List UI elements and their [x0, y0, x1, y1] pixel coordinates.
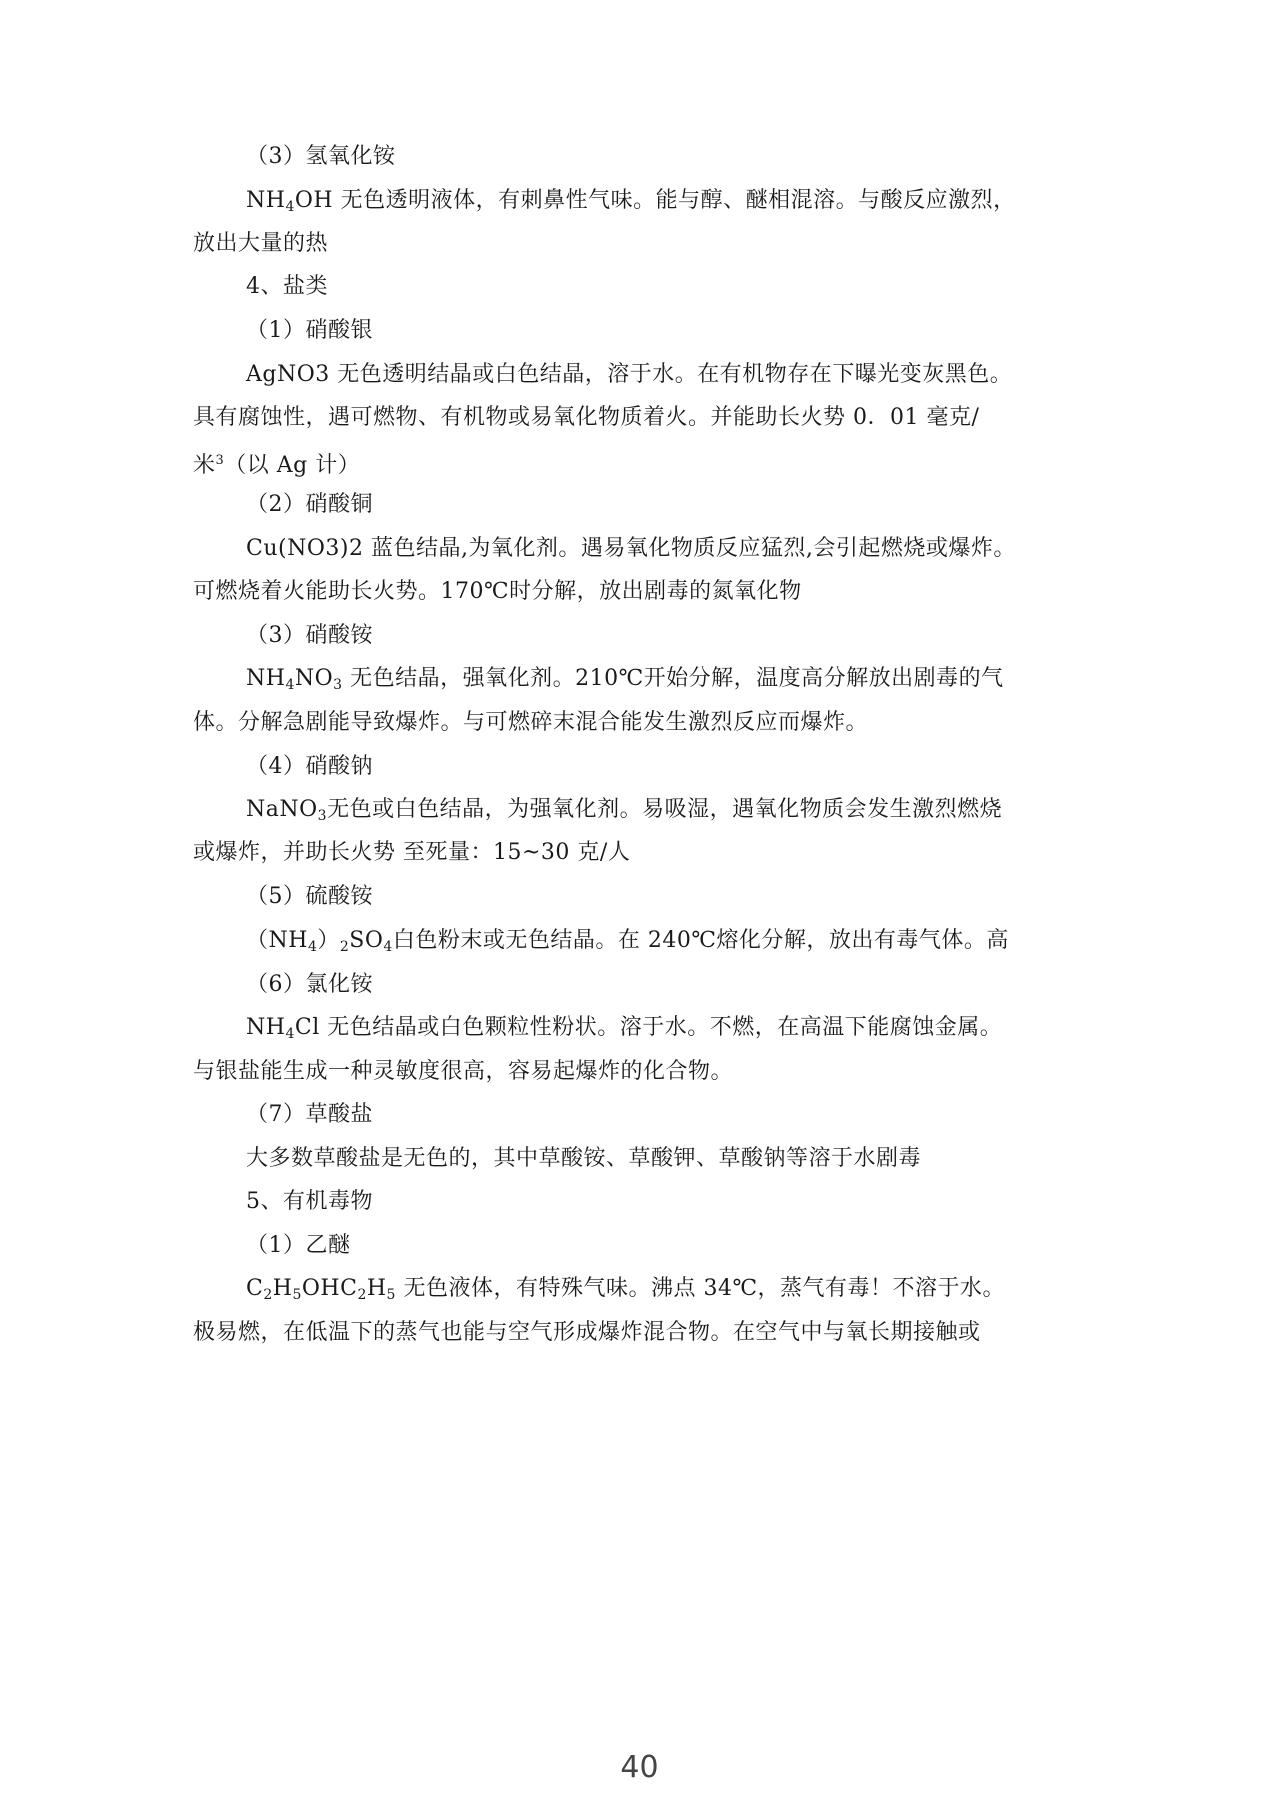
- paragraph-sodium-nitrate-line2: 或爆炸，并助长火势 至死量：15~30 克/人: [193, 838, 630, 868]
- paragraph-silver-nitrate-line3: 米3（以 Ag 计）: [193, 446, 360, 481]
- paragraph-ammonium-chloride-line2: 与银盐能生成一种灵敏度很高，容易起爆炸的化合物。: [193, 1057, 733, 1087]
- subheading-silver-nitrate: （1）硝酸银: [246, 316, 373, 346]
- section-heading-organic-poisons: 5、有机毒物: [246, 1187, 373, 1217]
- paragraph-diethyl-ether-line1: C2H5OHC2H5 无色液体，有特殊气味。沸点 34℃，蒸气有毒！不溶于水。: [246, 1274, 1005, 1310]
- paragraph-oxalates: 大多数草酸盐是无色的，其中草酸铵、草酸钾、草酸钠等溶于水剧毒: [246, 1144, 921, 1174]
- subheading-diethyl-ether: （1）乙醚: [246, 1231, 351, 1261]
- paragraph-silver-nitrate-line1: AgNO3 无色透明结晶或白色结晶，溶于水。在有机物存在下曝光变灰黑色。: [246, 360, 1012, 390]
- paragraph-ammonium-nitrate-line1: NH4NO3 无色结晶，强氧化剂。210℃开始分解，温度高分解放出剧毒的气: [246, 664, 1004, 700]
- subheading-ammonium-chloride: （6）氯化铵: [246, 970, 373, 1000]
- document-page: （3）氢氧化铵 NH4OH 无色透明液体，有刺鼻性气味。能与醇、醚相混溶。与酸反…: [0, 0, 1279, 1809]
- paragraph-sodium-nitrate-line1: NaNO3无色或白色结晶，为强氧化剂。易吸湿，遇氧化物质会发生激烈燃烧: [246, 795, 1002, 831]
- subheading-ammonium-hydroxide: （3）氢氧化铵: [246, 142, 396, 172]
- subheading-oxalates: （7）草酸盐: [246, 1100, 373, 1130]
- section-heading-salts: 4、盐类: [246, 272, 328, 302]
- paragraph-ammonium-chloride-line1: NH4Cl 无色结晶或白色颗粒性粉状。溶于水。不燃，在高温下能腐蚀金属。: [246, 1013, 1002, 1049]
- page-number: 40: [0, 1750, 1279, 1785]
- subheading-ammonium-sulfate: （5）硫酸铵: [246, 882, 373, 912]
- paragraph-silver-nitrate-line2: 具有腐蚀性，遇可燃物、有机物或易氧化物质着火。并能助长火势 0．01 毫克/: [193, 403, 979, 433]
- paragraph-copper-nitrate-line1: Cu(NO3)2 蓝色结晶,为氧化剂。遇易氧化物质反应猛烈,会引起燃烧或爆炸。: [246, 534, 1016, 564]
- paragraph-ammonium-hydroxide-line2: 放出大量的热: [193, 229, 328, 259]
- subheading-ammonium-nitrate: （3）硝酸铵: [246, 621, 373, 651]
- paragraph-ammonium-hydroxide-line1: NH4OH 无色透明液体，有刺鼻性气味。能与醇、醚相混溶。与酸反应激烈，: [246, 186, 1016, 222]
- paragraph-ammonium-nitrate-line2: 体。分解急剧能导致爆炸。与可燃碎末混合能发生激烈反应而爆炸。: [193, 708, 868, 738]
- paragraph-diethyl-ether-line2: 极易燃，在低温下的蒸气也能与空气形成爆炸混合物。在空气中与氧长期接触或: [193, 1318, 981, 1348]
- paragraph-copper-nitrate-line2: 可燃烧着火能助长火势。170℃时分解，放出剧毒的氮氧化物: [193, 577, 802, 607]
- subheading-copper-nitrate: （2）硝酸铜: [246, 490, 373, 520]
- subheading-sodium-nitrate: （4）硝酸钠: [246, 752, 373, 782]
- paragraph-ammonium-sulfate: （NH4）2SO4白色粉末或无色结晶。在 240℃熔化分解，放出有毒气体。高: [246, 926, 1009, 962]
